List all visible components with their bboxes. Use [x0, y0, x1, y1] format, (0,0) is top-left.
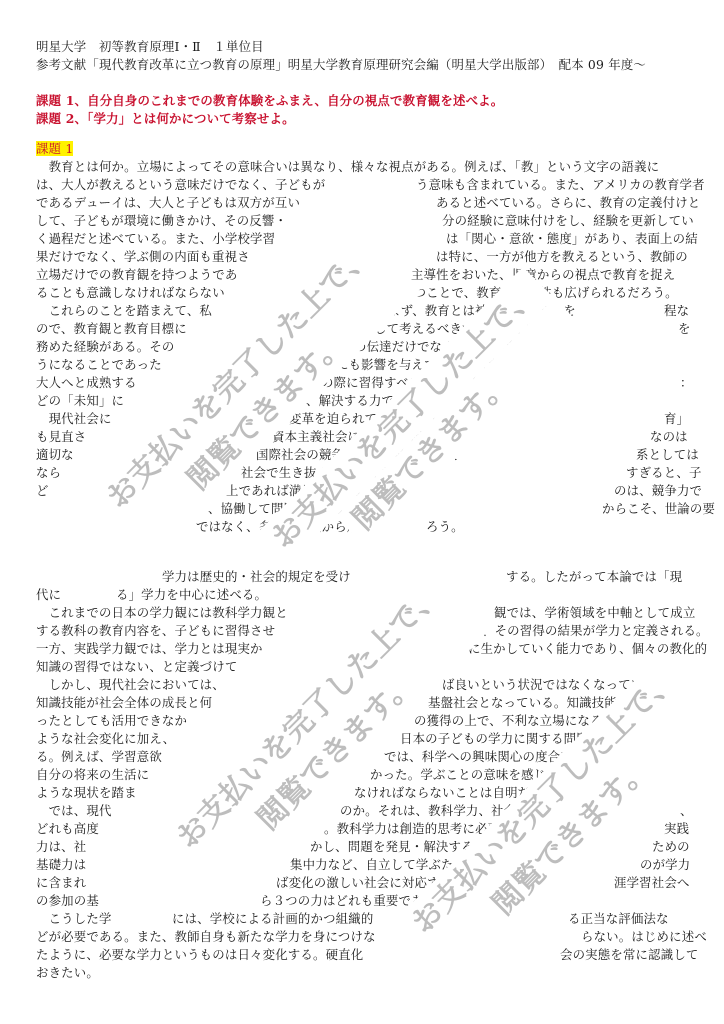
section-1-heading: 課題 1 — [36, 141, 73, 156]
task-2-prompt: 課題 2、「学力」とは何かについて考察せよ。 — [36, 110, 688, 128]
course-title: 明星大学 初等教育原理Ⅰ・Ⅱ １単位目 — [36, 38, 688, 56]
reference-line: 参考文献「現代教育改革に立つ教育の原理」明星大学教育原理研究会編（明星大学出版部… — [36, 56, 688, 74]
document-page: 明星大学 初等教育原理Ⅰ・Ⅱ １単位目 参考文献「現代教育改革に立つ教育の原理」… — [0, 0, 724, 1024]
section-1-heading-row: 課題 1 — [36, 140, 688, 158]
task-1-prompt: 課題 1、自分自身のこれまでの教育体験をふまえ、自分の視点で教育観を述べよ。 — [36, 92, 688, 110]
